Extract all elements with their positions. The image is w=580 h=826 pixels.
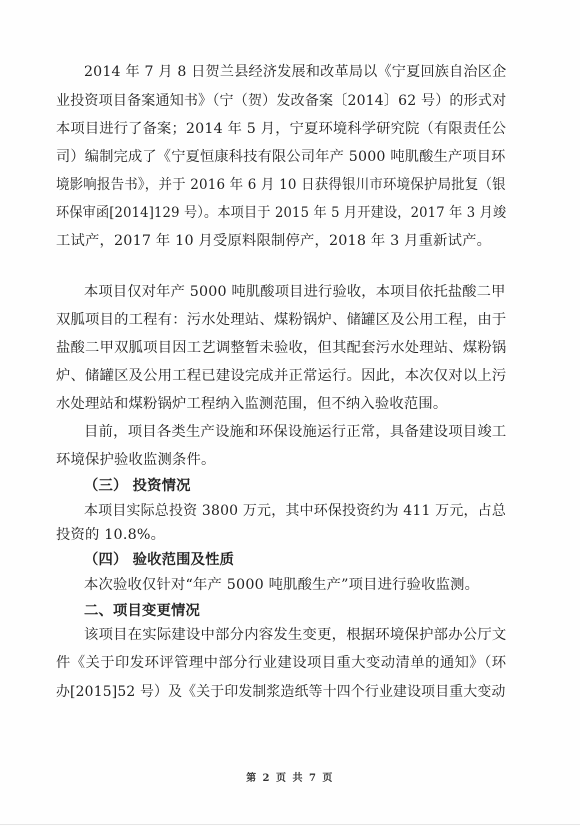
paragraph-line: 办[2015]52 号）及《关于印发制浆造纸等十四个行业建设项目重大变动	[56, 682, 506, 702]
text: 工试产，2017 年 10 月受原料限制停产，2018 年 3 月重新试产。	[56, 231, 491, 251]
scan-bottom-edge	[0, 824, 580, 825]
document-page: 2014 年 7 月 8 日贺兰县经济发展和改革局以《宁夏回族自治区企 业投资项…	[0, 0, 580, 826]
section-heading-changes: 二、项目变更情况	[84, 601, 506, 621]
text: 本次验收仅针对“年产 5000 吨肌酸生产”项目进行验收监测。	[84, 575, 479, 595]
paragraph-line: 工试产，2017 年 10 月受原料限制停产，2018 年 3 月重新试产。	[56, 231, 506, 251]
paragraph-line: 本项目仅对年产 5000 吨肌酸项目进行验收，本项目依托盐酸二甲	[84, 282, 506, 302]
text: 本项目实际总投资 3800 万元，其中环保投资约为 411 万元，占总	[84, 501, 506, 521]
paragraph-line: 该项目在实际建设中部分内容发生变更，根据环境保护部办公厅文	[84, 625, 506, 645]
heading-text: （三） 投资情况	[84, 476, 191, 496]
text: 本项目进行了备案；2014 年 5 月，宁夏环境科学研究院（有限责任公	[56, 119, 506, 139]
text: 炉、储罐区及公用工程已建设完成并正常运行。因此，本次仅对以上污	[56, 366, 506, 386]
paragraph-line: 2014 年 7 月 8 日贺兰县经济发展和改革局以《宁夏回族自治区企	[84, 62, 506, 82]
text: 投资的 10.8%。	[56, 525, 165, 545]
text: 环保审函[2014]129 号）。本项目于 2015 年 5 月开建设，2017…	[56, 203, 506, 223]
text: 业投资项目备案通知书》（宁（贺）发改备案〔2014〕62 号）的形式对	[56, 91, 506, 111]
paragraph-line: 境影响报告书》，并于 2016 年 6 月 10 日获得银川市环境保护局批复（银	[56, 175, 506, 195]
text: 双胍项目的工程有：污水处理站、煤粉锅炉、储罐区及公用工程，由于	[56, 310, 506, 330]
paragraph-line: 水处理站和煤粉锅炉工程纳入监测范围，但不纳入验收范围。	[56, 394, 506, 414]
text: 该项目在实际建设中部分内容发生变更，根据环境保护部办公厅文	[84, 625, 506, 645]
paragraph-line: 投资的 10.8%。	[56, 525, 506, 545]
paragraph-line: 双胍项目的工程有：污水处理站、煤粉锅炉、储罐区及公用工程，由于	[56, 310, 506, 330]
section-heading-investment: （三） 投资情况	[84, 476, 506, 496]
paragraph-line: 本项目进行了备案；2014 年 5 月，宁夏环境科学研究院（有限责任公	[56, 119, 506, 139]
paragraph-line: 盐酸二甲双胍项目因工艺调整暂未验收，但其配套污水处理站、煤粉锅	[56, 338, 506, 358]
page-number-footer: 第 2 页 共 7 页	[0, 769, 580, 784]
text: 本项目仅对年产 5000 吨肌酸项目进行验收，本项目依托盐酸二甲	[84, 282, 506, 302]
paragraph-line: 本次验收仅针对“年产 5000 吨肌酸生产”项目进行验收监测。	[84, 575, 506, 595]
text: 司）编制完成了《宁夏恒康科技有限公司年产 5000 吨肌酸生产项目环	[56, 147, 506, 167]
paragraph-line: 司）编制完成了《宁夏恒康科技有限公司年产 5000 吨肌酸生产项目环	[56, 147, 506, 167]
paragraph-line: 业投资项目备案通知书》（宁（贺）发改备案〔2014〕62 号）的形式对	[56, 91, 506, 111]
text: 件《关于印发环评管理中部分行业建设项目重大变动清单的通知》（环	[56, 653, 507, 673]
text: 盐酸二甲双胍项目因工艺调整暂未验收，但其配套污水处理站、煤粉锅	[56, 338, 506, 358]
paragraph-line: 炉、储罐区及公用工程已建设完成并正常运行。因此，本次仅对以上污	[56, 366, 506, 386]
paragraph-line: 目前，项目各类生产设施和环保设施运行正常，具备建设项目竣工	[84, 422, 506, 442]
text: 办[2015]52 号）及《关于印发制浆造纸等十四个行业建设项目重大变动	[56, 682, 506, 702]
paragraph-line: 件《关于印发环评管理中部分行业建设项目重大变动清单的通知》（环	[56, 653, 506, 673]
heading-text: （四） 验收范围及性质	[84, 550, 234, 570]
paragraph-line: 环境保护验收监测条件。	[56, 450, 506, 470]
heading-text: 二、项目变更情况	[84, 601, 200, 621]
text: 境影响报告书》，并于 2016 年 6 月 10 日获得银川市环境保护局批复（银	[56, 175, 506, 195]
text: 水处理站和煤粉锅炉工程纳入监测范围，但不纳入验收范围。	[56, 394, 447, 414]
section-heading-scope: （四） 验收范围及性质	[84, 550, 506, 570]
text: 环境保护验收监测条件。	[56, 450, 215, 470]
paragraph-line: 环保审函[2014]129 号）。本项目于 2015 年 5 月开建设，2017…	[56, 203, 506, 223]
text: 目前，项目各类生产设施和环保设施运行正常，具备建设项目竣工	[84, 422, 506, 442]
text: 2014 年 7 月 8 日贺兰县经济发展和改革局以《宁夏回族自治区企	[84, 62, 506, 82]
paragraph-line: 本项目实际总投资 3800 万元，其中环保投资约为 411 万元，占总	[84, 501, 506, 521]
